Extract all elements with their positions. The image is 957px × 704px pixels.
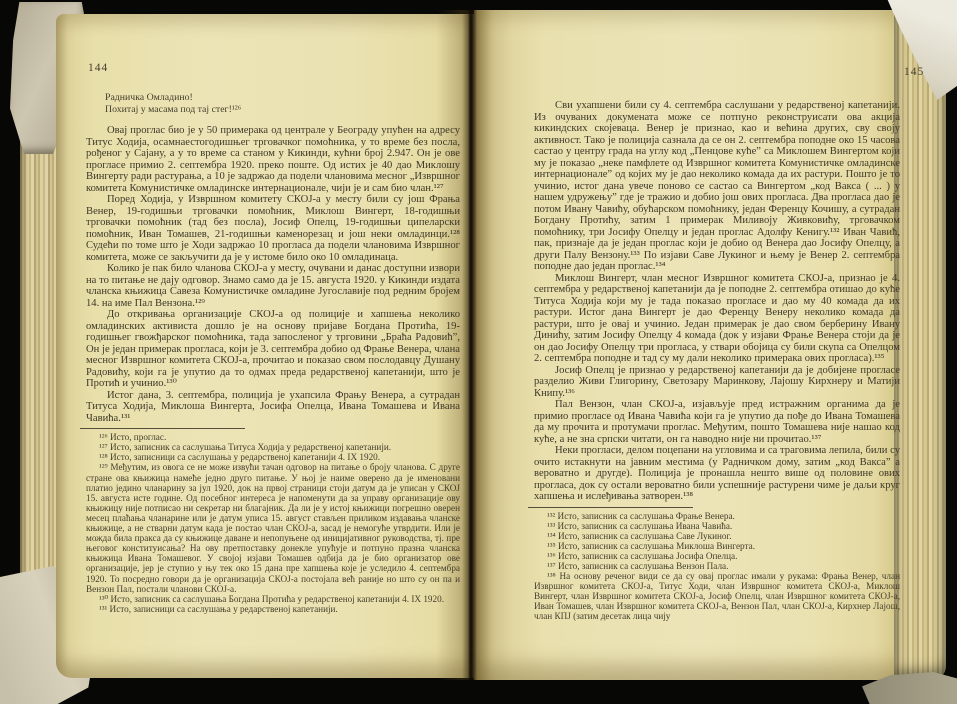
right-page-edge-stack [894,8,946,680]
body-paragraph: Миклош Вингерт, члан месног Извршног ком… [534,273,900,365]
body-paragraph: Истог дана, 3. септембра, полиција је ух… [86,390,460,425]
footnote: ¹³⁶ Исто, записник са саслушања Јосифа О… [534,551,900,561]
footnote: ¹³³ Исто, записник са саслушања Ивана Ча… [534,521,900,531]
epigraph: Радничка Омладино!Похитај у масама под т… [105,92,460,115]
page-number-right: 145 [904,66,924,78]
body-paragraph: Колико је пак било чланова СКОЈ-а у мест… [86,263,460,309]
body-paragraph: Поред Ходија, у Извршном комитету СКОЈ-а… [86,194,460,263]
footnote: ¹³⁰ Исто, записник са саслушања Богдана … [86,594,460,604]
body-paragraph: Неки прогласи, делом поцепани на угловим… [534,445,900,503]
footnote: ¹²⁸ Исто, записници са саслушања у редар… [86,452,460,462]
footnote: ¹³⁸ На основу реченог види се да су овај… [534,571,900,621]
right-body-text: Сви ухапшени били су 4. септембра саслуш… [534,100,900,503]
right-page-text-column: Сви ухапшени били су 4. септембра саслуш… [534,100,900,622]
book-spread: 144 145 Радничка Омладино!Похитај у маса… [0,0,957,704]
right-footnotes: ¹³² Исто, записник са саслушања Фрање Ве… [534,511,900,622]
left-page-text-column: Радничка Омладино!Похитај у масама под т… [86,66,460,614]
body-paragraph: Овај проглас био је у 50 примерака од це… [86,125,460,194]
footnote: ¹²⁷ Исто, записник са саслушања Титуса Х… [86,442,460,452]
footnote: ¹³² Исто, записник са саслушања Фрање Ве… [534,511,900,521]
left-body-text: Овај проглас био је у 50 примерака од це… [86,125,460,424]
footnote: ¹²⁶ Исто, проглас. [86,432,460,442]
body-paragraph: Сви ухапшени били су 4. септембра саслуш… [534,100,900,273]
body-paragraph: До откривања организације СКОЈ-а од поли… [86,309,460,390]
footnote-rule-left [80,428,245,429]
body-paragraph: Пал Вензон, члан СКОЈ-а, изјављује пред … [534,399,900,445]
footnote: ¹³¹ Исто, записници са саслушања у редар… [86,604,460,614]
left-footnotes: ¹²⁶ Исто, проглас.¹²⁷ Исто, записник са … [86,432,460,614]
footnote-rule-right [528,507,693,508]
footnote: ¹³⁵ Исто, записник са саслушања Миклоша … [534,541,900,551]
body-paragraph: Јосиф Опелц је признао у редарственој ка… [534,365,900,400]
footnote: ¹³⁷ Исто, записник са саслушања Вензон П… [534,561,900,571]
footnote: ¹²⁹ Међутим, из овога се не може извући … [86,462,460,593]
epigraph-line: Похитај у масама под тај стег!¹²⁶ [105,104,460,116]
epigraph-line: Радничка Омладино! [105,92,460,104]
footnote: ¹³⁴ Исто, записник са саслушања Саве Лук… [534,531,900,541]
